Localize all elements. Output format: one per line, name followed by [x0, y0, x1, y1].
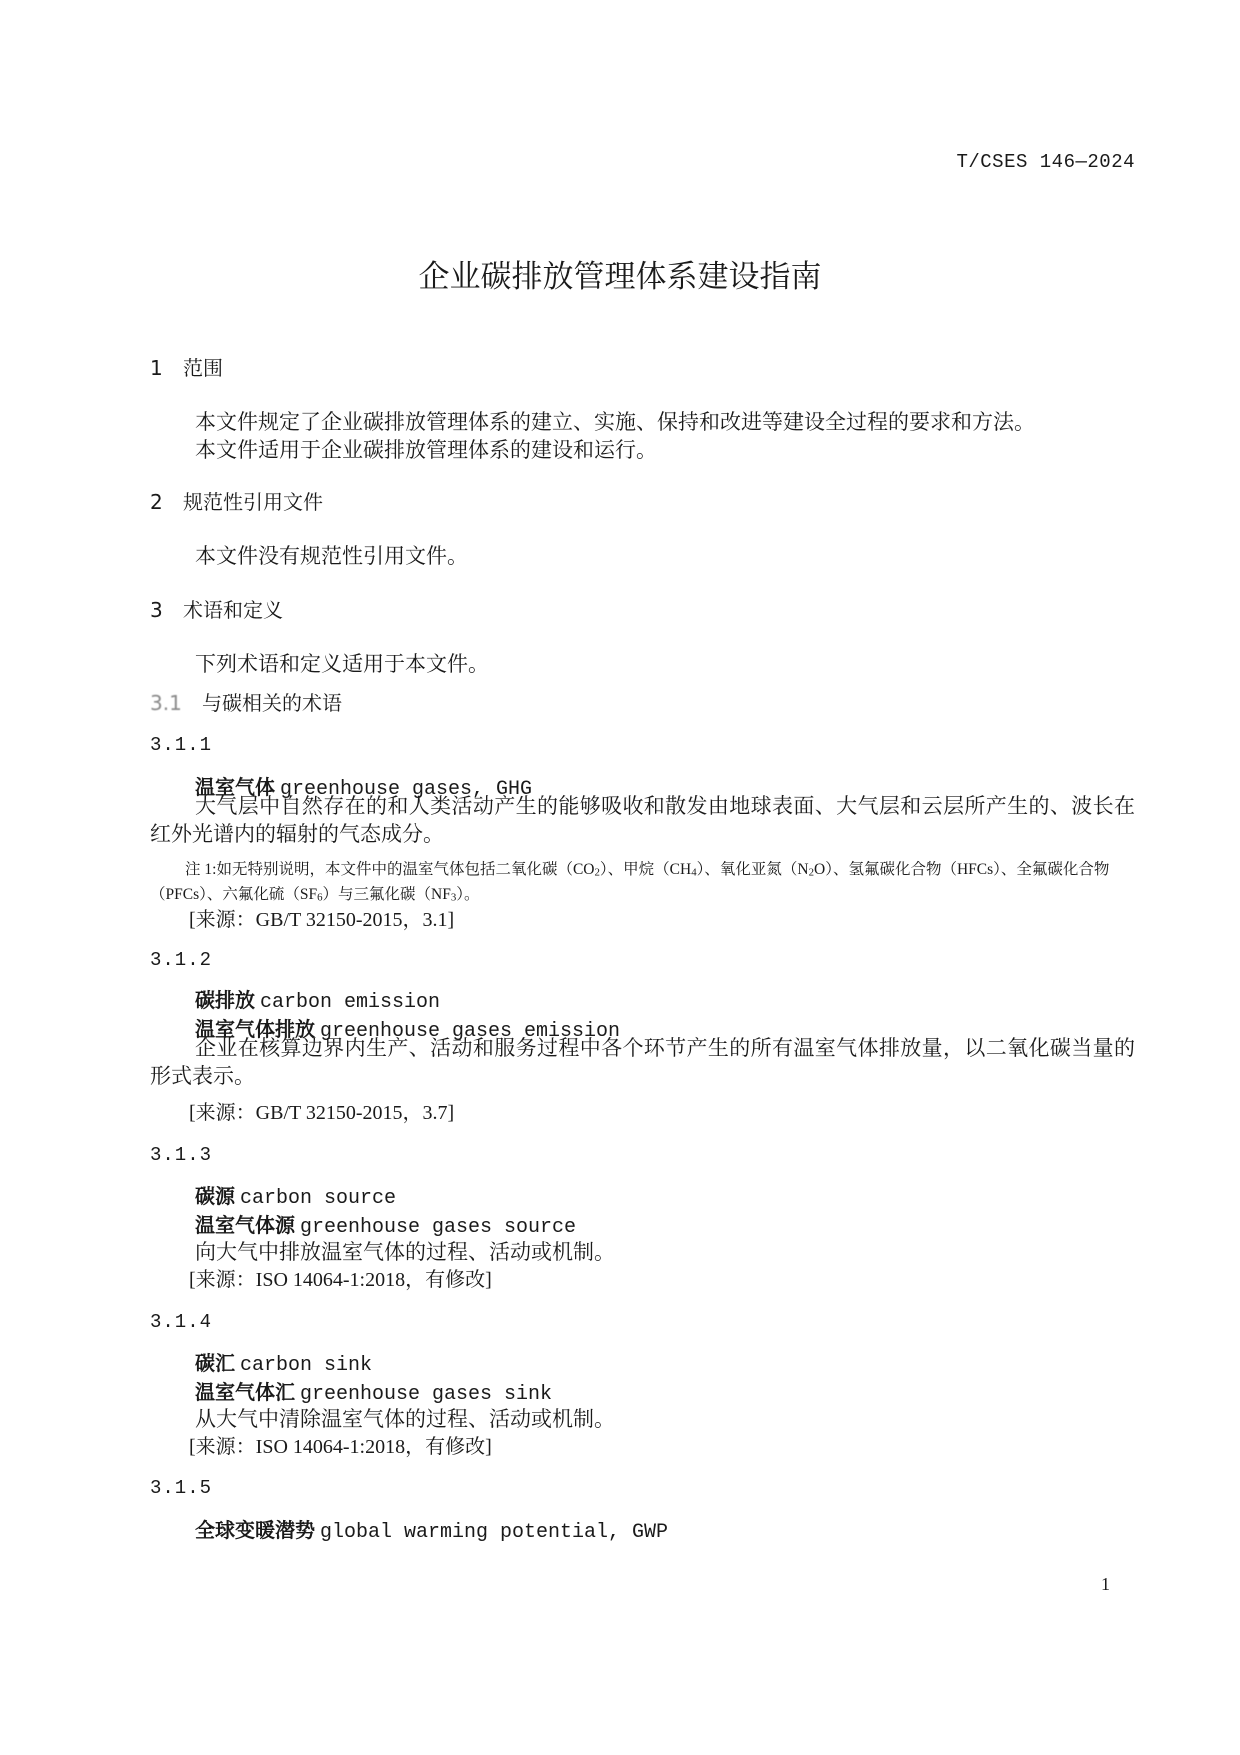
- document-number: T/CSES 146—2024: [956, 153, 1135, 172]
- clause-number: 3.1.1: [150, 736, 212, 755]
- clause-number: 3.1.4: [150, 1313, 212, 1332]
- section-title: 规范性引用文件: [183, 490, 323, 514]
- term-entry: 温室气体汇 greenhouse gases sink: [195, 1382, 552, 1405]
- term-en: global warming potential, GWP: [320, 1521, 668, 1544]
- note-text: ）、氧化亚氮（N: [697, 861, 809, 878]
- term-entry: 碳排放 carbon emission: [195, 990, 440, 1013]
- document-title: 企业碳排放管理体系建设指南: [0, 262, 1240, 293]
- document-page: T/CSES 146—2024 企业碳排放管理体系建设指南 1范围 本文件规定了…: [0, 0, 1240, 1755]
- term-definition: 从大气中清除温室气体的过程、活动或机制。: [195, 1409, 615, 1430]
- section-heading-terms-definitions: 3术语和定义: [150, 600, 283, 620]
- term-source: [来源：ISO 14064-1:2018，有修改]: [189, 1437, 492, 1457]
- clause-number: 3.1.3: [150, 1146, 212, 1165]
- paragraph: 本文件适用于企业碳排放管理体系的建设和运行。: [195, 440, 657, 461]
- section-title: 术语和定义: [183, 598, 283, 622]
- section-number: 1: [150, 358, 183, 378]
- term-entry: 碳汇 carbon sink: [195, 1353, 372, 1376]
- term-entry: 温室气体源 greenhouse gases source: [195, 1215, 576, 1238]
- subsection-title: 与碳相关的术语: [202, 691, 342, 715]
- note-label: 注 1:: [185, 861, 216, 878]
- paragraph: 本文件没有规范性引用文件。: [195, 546, 468, 567]
- term-zh: 碳汇: [195, 1351, 235, 1375]
- term-zh: 碳源: [195, 1184, 235, 1208]
- term-en: carbon source: [240, 1187, 396, 1210]
- note-text: 如无特别说明，本文件中的温室气体包括二氧化碳（CO: [216, 861, 594, 878]
- term-definition: 向大气中排放温室气体的过程、活动或机制。: [195, 1242, 615, 1263]
- section-heading-scope: 1范围: [150, 358, 223, 378]
- note-text: ）。: [456, 886, 479, 903]
- term-definition: 企业在核算边界内生产、活动和服务过程中各个环节产生的所有温室气体排放量，以二氧化…: [150, 1034, 1135, 1090]
- term-note: 注 1:如无特别说明，本文件中的温室气体包括二氧化碳（CO2）、甲烷（CH4）、…: [150, 857, 1135, 907]
- term-source: [来源：GB/T 32150-2015，3.7]: [189, 1103, 454, 1123]
- term-en: greenhouse gases source: [300, 1216, 576, 1239]
- term-entry: 全球变暖潜势 global warming potential, GWP: [195, 1520, 668, 1543]
- clause-number: 3.1.2: [150, 951, 212, 970]
- term-source: [来源：ISO 14064-1:2018，有修改]: [189, 1270, 492, 1290]
- page-number: 1: [1101, 1575, 1110, 1593]
- paragraph: 下列术语和定义适用于本文件。: [195, 654, 489, 675]
- term-zh: 全球变暖潜势: [195, 1518, 315, 1542]
- section-heading-normative-references: 2规范性引用文件: [150, 492, 323, 512]
- term-zh: 温室气体汇: [195, 1380, 295, 1404]
- section-number: 2: [150, 492, 183, 512]
- term-en: carbon emission: [260, 991, 440, 1014]
- term-zh: 碳排放: [195, 988, 255, 1012]
- term-definition: 大气层中自然存在的和人类活动产生的能够吸收和散发由地球表面、大气层和云层所产生的…: [150, 792, 1135, 848]
- term-zh: 温室气体源: [195, 1213, 295, 1237]
- subsection-heading-carbon-terms: 3.1与碳相关的术语: [150, 693, 342, 713]
- subsection-number: 3.1: [150, 693, 202, 713]
- note-text: ）与三氟化碳（NF: [323, 886, 451, 903]
- term-entry: 碳源 carbon source: [195, 1186, 396, 1209]
- term-source: [来源：GB/T 32150-2015，3.1]: [189, 910, 454, 930]
- note-text: ）、甲烷（CH: [600, 861, 691, 878]
- term-en: carbon sink: [240, 1354, 372, 1377]
- section-title: 范围: [183, 356, 223, 380]
- clause-number: 3.1.5: [150, 1479, 212, 1498]
- paragraph: 本文件规定了企业碳排放管理体系的建立、实施、保持和改进等建设全过程的要求和方法。: [195, 412, 1035, 433]
- term-en: greenhouse gases sink: [300, 1383, 552, 1406]
- section-number: 3: [150, 600, 183, 620]
